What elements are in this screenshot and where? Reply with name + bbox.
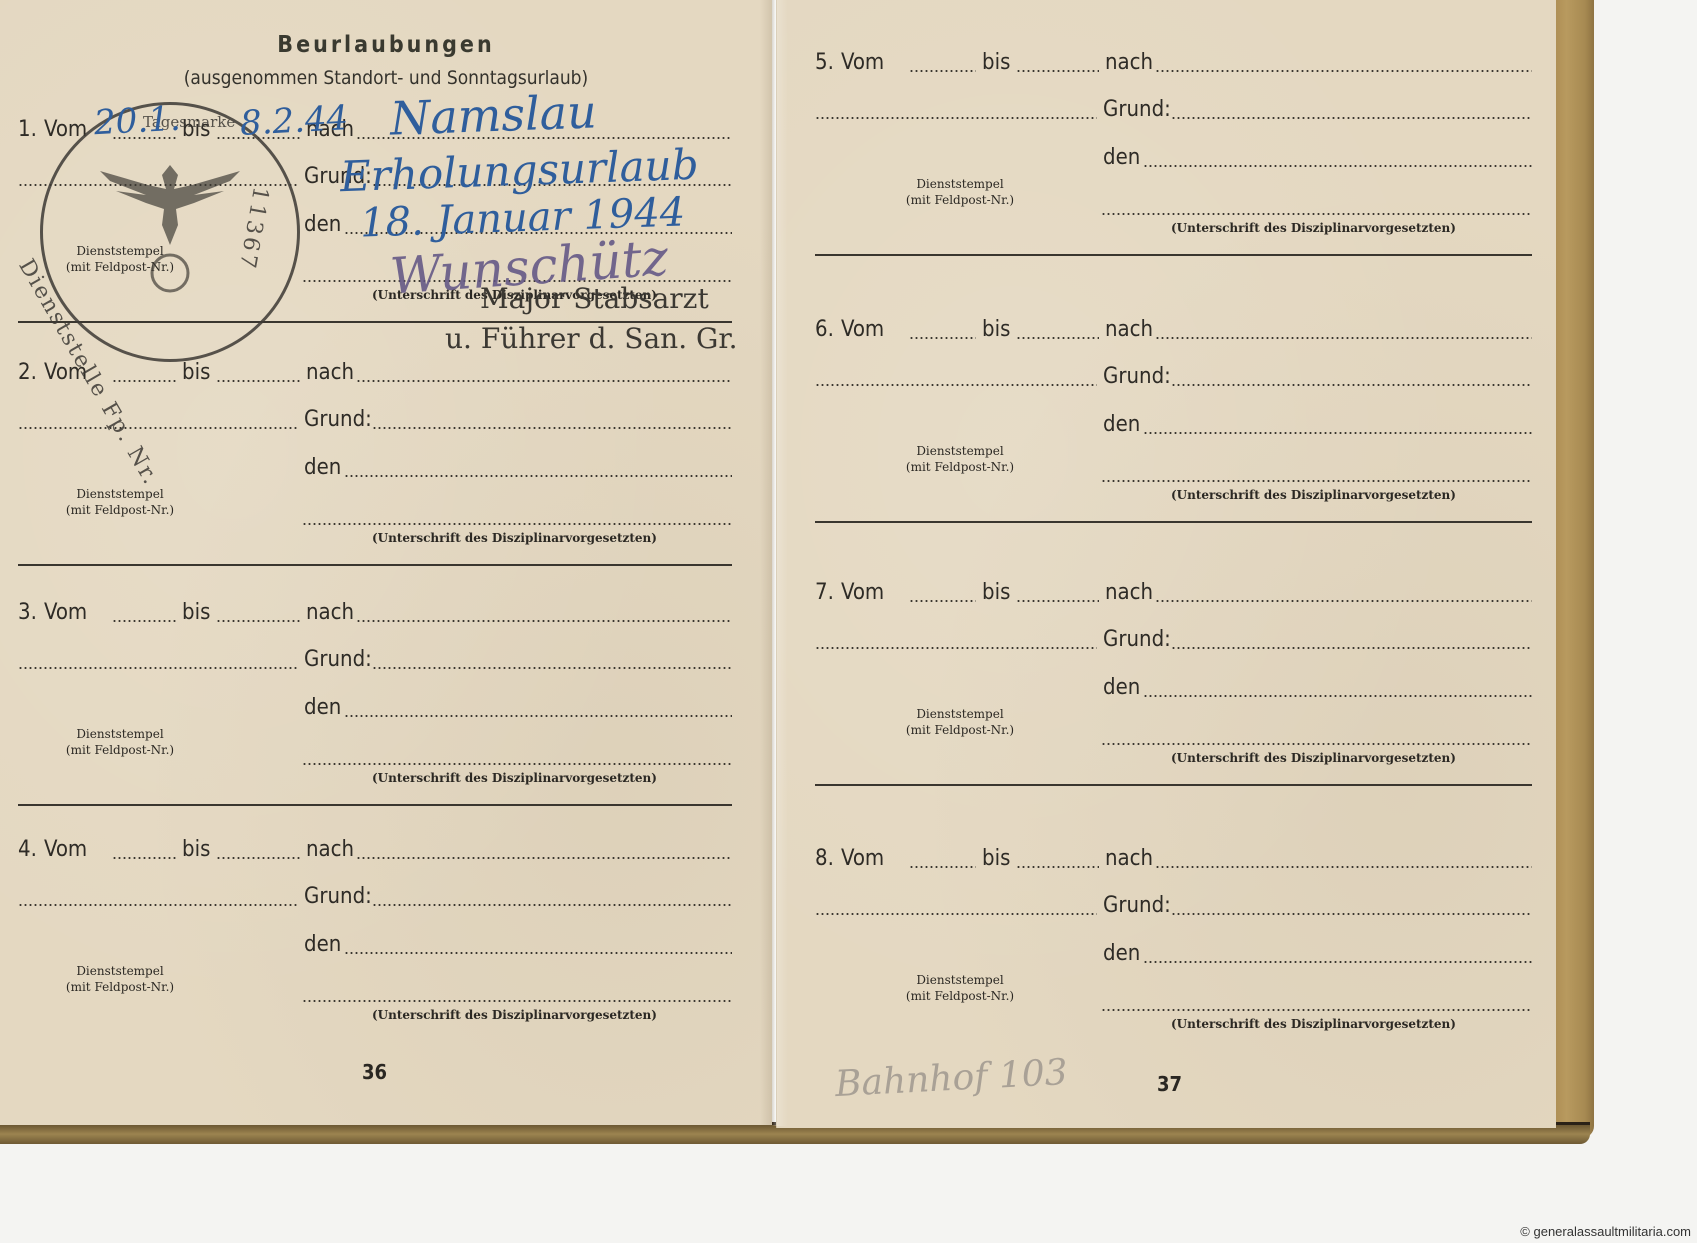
entry-2-den-label: den	[304, 457, 341, 479]
watermark: © generalassaultmilitaria.com	[1520, 1224, 1691, 1239]
entry-7-signature-field[interactable]	[1101, 743, 1532, 745]
entry-5-bis-field[interactable]	[1016, 70, 1099, 72]
entry-1-nach-handwritten: Namslau	[389, 88, 597, 141]
entry-3-bis-label: bis	[182, 602, 210, 624]
entry-2-divider	[18, 564, 732, 566]
entry-4-nach-field[interactable]	[356, 857, 732, 859]
entry-2-den-field[interactable]	[344, 475, 732, 477]
entry-5-grund-label: Grund:	[1103, 99, 1171, 121]
entry-3-vom-label: Vom	[44, 602, 87, 624]
entry-4-bis-label: bis	[182, 839, 210, 861]
page-title: Beurlaubungen	[0, 32, 772, 58]
entry-3-extra-field[interactable]	[18, 667, 298, 669]
stamp-caption-line-2: (mit Feldpost-Nr.)	[860, 459, 1060, 475]
page-number-left: 36	[362, 1060, 387, 1084]
entry-8-grund-label: Grund:	[1103, 895, 1171, 917]
stamp-caption-line-1: Dienststempel	[20, 963, 220, 979]
stamp-caption-line-2: (mit Feldpost-Nr.)	[860, 192, 1060, 208]
entry-6-grund-field[interactable]	[1171, 384, 1532, 386]
entry-5-signature-caption: (Unterschrift des Disziplinarvorgesetzte…	[1171, 221, 1456, 235]
entry-4-signature-caption: (Unterschrift des Disziplinarvorgesetzte…	[372, 1008, 657, 1022]
entry-6-number: 6.	[815, 319, 834, 341]
entry-4-den-label: den	[304, 934, 341, 956]
entry-6-signature-field[interactable]	[1101, 480, 1532, 482]
stamp-caption-line-2: (mit Feldpost-Nr.)	[20, 742, 220, 758]
entry-1-den-label: den	[304, 214, 341, 236]
entry-4-bis-field[interactable]	[216, 857, 300, 859]
entry-1-vom-handwritten: 20.1.	[93, 102, 181, 140]
entry-5-extra-field[interactable]	[815, 117, 1097, 119]
entry-3-divider	[18, 804, 732, 806]
entry-5-stamp-caption: Dienststempel(mit Feldpost-Nr.)	[860, 176, 1060, 208]
entry-5-grund-field[interactable]	[1171, 117, 1532, 119]
entry-8-number: 8.	[815, 848, 834, 870]
entry-6-stamp-caption: Dienststempel(mit Feldpost-Nr.)	[860, 443, 1060, 475]
entry-5-signature-field[interactable]	[1101, 213, 1532, 215]
entry-3-nach-label: nach	[306, 602, 354, 624]
stamp-caption-line-1: Dienststempel	[20, 726, 220, 742]
entry-3-signature-caption: (Unterschrift des Disziplinarvorgesetzte…	[372, 771, 657, 785]
entry-8-stamp-caption: Dienststempel(mit Feldpost-Nr.)	[860, 972, 1060, 1004]
entry-7-vom-field[interactable]	[909, 600, 976, 602]
entry-3-stamp-caption: Dienststempel(mit Feldpost-Nr.)	[20, 726, 220, 758]
stamp-caption-line-1: Dienststempel	[20, 486, 220, 502]
stamp-caption-line-1: Dienststempel	[860, 972, 1060, 988]
entry-8-nach-label: nach	[1105, 848, 1153, 870]
page-right	[776, 0, 1556, 1128]
entry-5-bis-label: bis	[982, 52, 1010, 74]
entry-4-grund-label: Grund:	[304, 886, 372, 908]
entry-4-grund-field[interactable]	[372, 904, 732, 906]
entry-1-number: 1.	[18, 119, 37, 141]
entry-5-number: 5.	[815, 52, 834, 74]
page-number-right: 37	[1157, 1072, 1182, 1096]
entry-8-bis-label: bis	[982, 848, 1010, 870]
entry-7-den-label: den	[1103, 677, 1140, 699]
entry-3-den-field[interactable]	[344, 715, 732, 717]
entry-2-vom-field[interactable]	[112, 380, 176, 382]
entry-2-signature-caption: (Unterschrift des Disziplinarvorgesetzte…	[372, 531, 657, 545]
entry-6-vom-field[interactable]	[909, 337, 976, 339]
entry-2-grund-label: Grund:	[304, 409, 372, 431]
stamp-caption-line-2: (mit Feldpost-Nr.)	[20, 502, 220, 518]
entry-2-bis-field[interactable]	[216, 380, 300, 382]
entry-7-number: 7.	[815, 582, 834, 604]
entry-2-stamp-caption: Dienststempel(mit Feldpost-Nr.)	[20, 486, 220, 518]
entry-8-signature-caption: (Unterschrift des Disziplinarvorgesetzte…	[1171, 1017, 1456, 1031]
entry-6-extra-field[interactable]	[815, 384, 1097, 386]
entry-6-grund-label: Grund:	[1103, 366, 1171, 388]
entry-7-stamp-caption: Dienststempel(mit Feldpost-Nr.)	[860, 706, 1060, 738]
entry-4-vom-field[interactable]	[112, 857, 176, 859]
rank-stamp-line-1: Major Stabsarzt	[480, 282, 709, 315]
entry-7-grund-field[interactable]	[1171, 647, 1532, 649]
booklet-spine	[760, 0, 788, 1126]
entry-6-divider	[815, 521, 1532, 523]
entry-7-vom-label: Vom	[841, 582, 884, 604]
stamp-caption-line-2: (mit Feldpost-Nr.)	[860, 722, 1060, 738]
entry-4-number: 4.	[18, 839, 37, 861]
entry-7-bis-field[interactable]	[1016, 600, 1099, 602]
entry-3-vom-field[interactable]	[112, 620, 176, 622]
entry-7-bis-label: bis	[982, 582, 1010, 604]
entry-8-nach-field[interactable]	[1155, 866, 1532, 868]
entry-6-den-field[interactable]	[1143, 432, 1532, 434]
entry-2-extra-field[interactable]	[18, 427, 298, 429]
entry-3-signature-field[interactable]	[302, 763, 732, 765]
entry-4-extra-field[interactable]	[18, 904, 298, 906]
stamp-caption-line-1: Dienststempel	[860, 706, 1060, 722]
entry-5-nach-field[interactable]	[1155, 70, 1532, 72]
stamp-caption-line-2: (mit Feldpost-Nr.)	[860, 988, 1060, 1004]
entry-6-nach-field[interactable]	[1155, 337, 1532, 339]
entry-2-bis-label: bis	[182, 362, 210, 384]
entry-5-vom-label: Vom	[841, 52, 884, 74]
entry-4-vom-label: Vom	[44, 839, 87, 861]
stamp-caption-line-2: (mit Feldpost-Nr.)	[20, 979, 220, 995]
entry-5-den-label: den	[1103, 147, 1140, 169]
entry-8-bis-field[interactable]	[1016, 866, 1099, 868]
entry-6-den-label: den	[1103, 414, 1140, 436]
stamp-caption-line-1: Dienststempel	[860, 443, 1060, 459]
entry-3-den-label: den	[304, 697, 341, 719]
entry-3-bis-field[interactable]	[216, 620, 300, 622]
entry-5-nach-label: nach	[1105, 52, 1153, 74]
entry-7-den-field[interactable]	[1143, 695, 1532, 697]
entry-6-vom-label: Vom	[841, 319, 884, 341]
entry-8-signature-field[interactable]	[1101, 1009, 1532, 1011]
entry-2-nach-label: nach	[306, 362, 354, 384]
entry-2-number: 2.	[18, 362, 37, 384]
entry-3-nach-field[interactable]	[356, 620, 732, 622]
entry-7-nach-label: nach	[1105, 582, 1153, 604]
entry-4-signature-field[interactable]	[302, 1000, 732, 1002]
entry-4-den-field[interactable]	[344, 952, 732, 954]
entry-2-nach-field[interactable]	[356, 380, 732, 382]
entry-6-bis-label: bis	[982, 319, 1010, 341]
entry-7-grund-label: Grund:	[1103, 629, 1171, 651]
entry-5-divider	[815, 254, 1532, 256]
entry-6-nach-label: nach	[1105, 319, 1153, 341]
entry-4-stamp-caption: Dienststempel(mit Feldpost-Nr.)	[20, 963, 220, 995]
entry-8-grund-field[interactable]	[1171, 913, 1532, 915]
entry-8-vom-field[interactable]	[909, 866, 976, 868]
entry-5-den-field[interactable]	[1143, 165, 1532, 167]
entry-5-vom-field[interactable]	[909, 70, 976, 72]
entry-8-vom-label: Vom	[841, 848, 884, 870]
entry-8-den-label: den	[1103, 943, 1140, 965]
entry-8-den-field[interactable]	[1143, 961, 1532, 963]
entry-8-extra-field[interactable]	[815, 913, 1097, 915]
entry-1-bis-handwritten: 8.2.44	[239, 101, 349, 141]
entry-2-signature-field[interactable]	[302, 523, 732, 525]
entry-7-divider	[815, 784, 1532, 786]
entry-3-grund-field[interactable]	[372, 667, 732, 669]
entry-4-nach-label: nach	[306, 839, 354, 861]
entry-7-signature-caption: (Unterschrift des Disziplinarvorgesetzte…	[1171, 751, 1456, 765]
entry-2-grund-field[interactable]	[372, 427, 732, 429]
page-subtitle: (ausgenommen Standort- und Sonntagsurlau…	[0, 67, 772, 89]
rank-stamp-line-2: u. Führer d. San. Gr.	[445, 322, 738, 355]
entry-3-grund-label: Grund:	[304, 649, 372, 671]
entry-7-extra-field[interactable]	[815, 647, 1097, 649]
entry-6-signature-caption: (Unterschrift des Disziplinarvorgesetzte…	[1171, 488, 1456, 502]
entry-3-number: 3.	[18, 602, 37, 624]
entry-7-nach-field[interactable]	[1155, 600, 1532, 602]
stamp-caption-line-1: Dienststempel	[860, 176, 1060, 192]
entry-6-bis-field[interactable]	[1016, 337, 1099, 339]
